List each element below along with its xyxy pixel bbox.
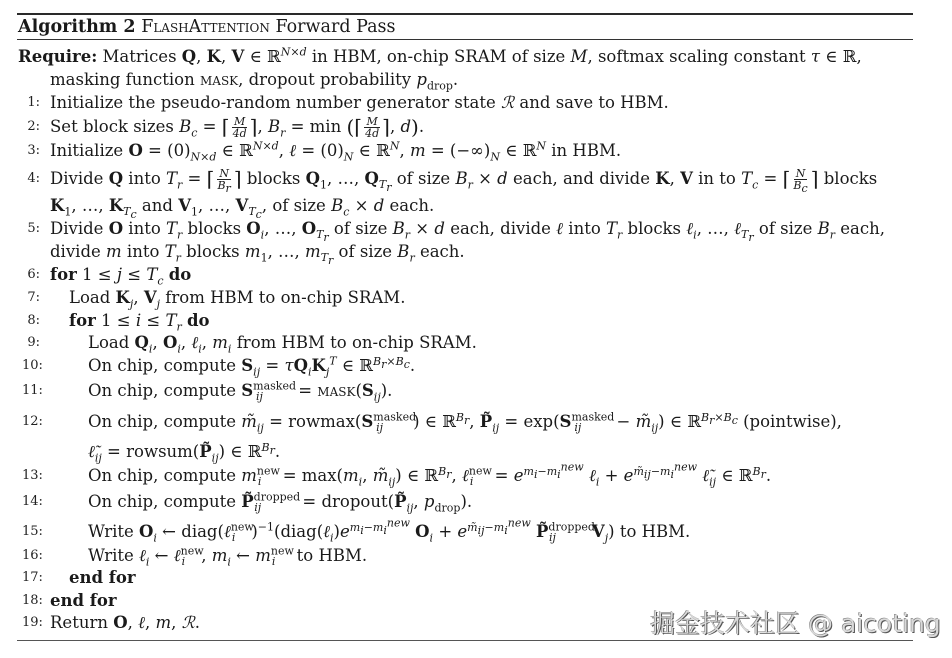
- require-keyword: Require:: [18, 47, 97, 66]
- top-rule: [17, 13, 913, 15]
- header-rule: [17, 39, 913, 40]
- bottom-rule: [17, 640, 913, 641]
- algorithm-name-rest: Forward Pass: [275, 17, 395, 37]
- watermark: 掘金技术社区 @ aicoting: [650, 604, 941, 640]
- algorithm-title: Algorithm 2 FlashAttention Forward Pass: [18, 16, 395, 38]
- algorithm-label: Algorithm 2: [18, 17, 136, 37]
- algorithm-name: FlashAttention: [141, 17, 270, 37]
